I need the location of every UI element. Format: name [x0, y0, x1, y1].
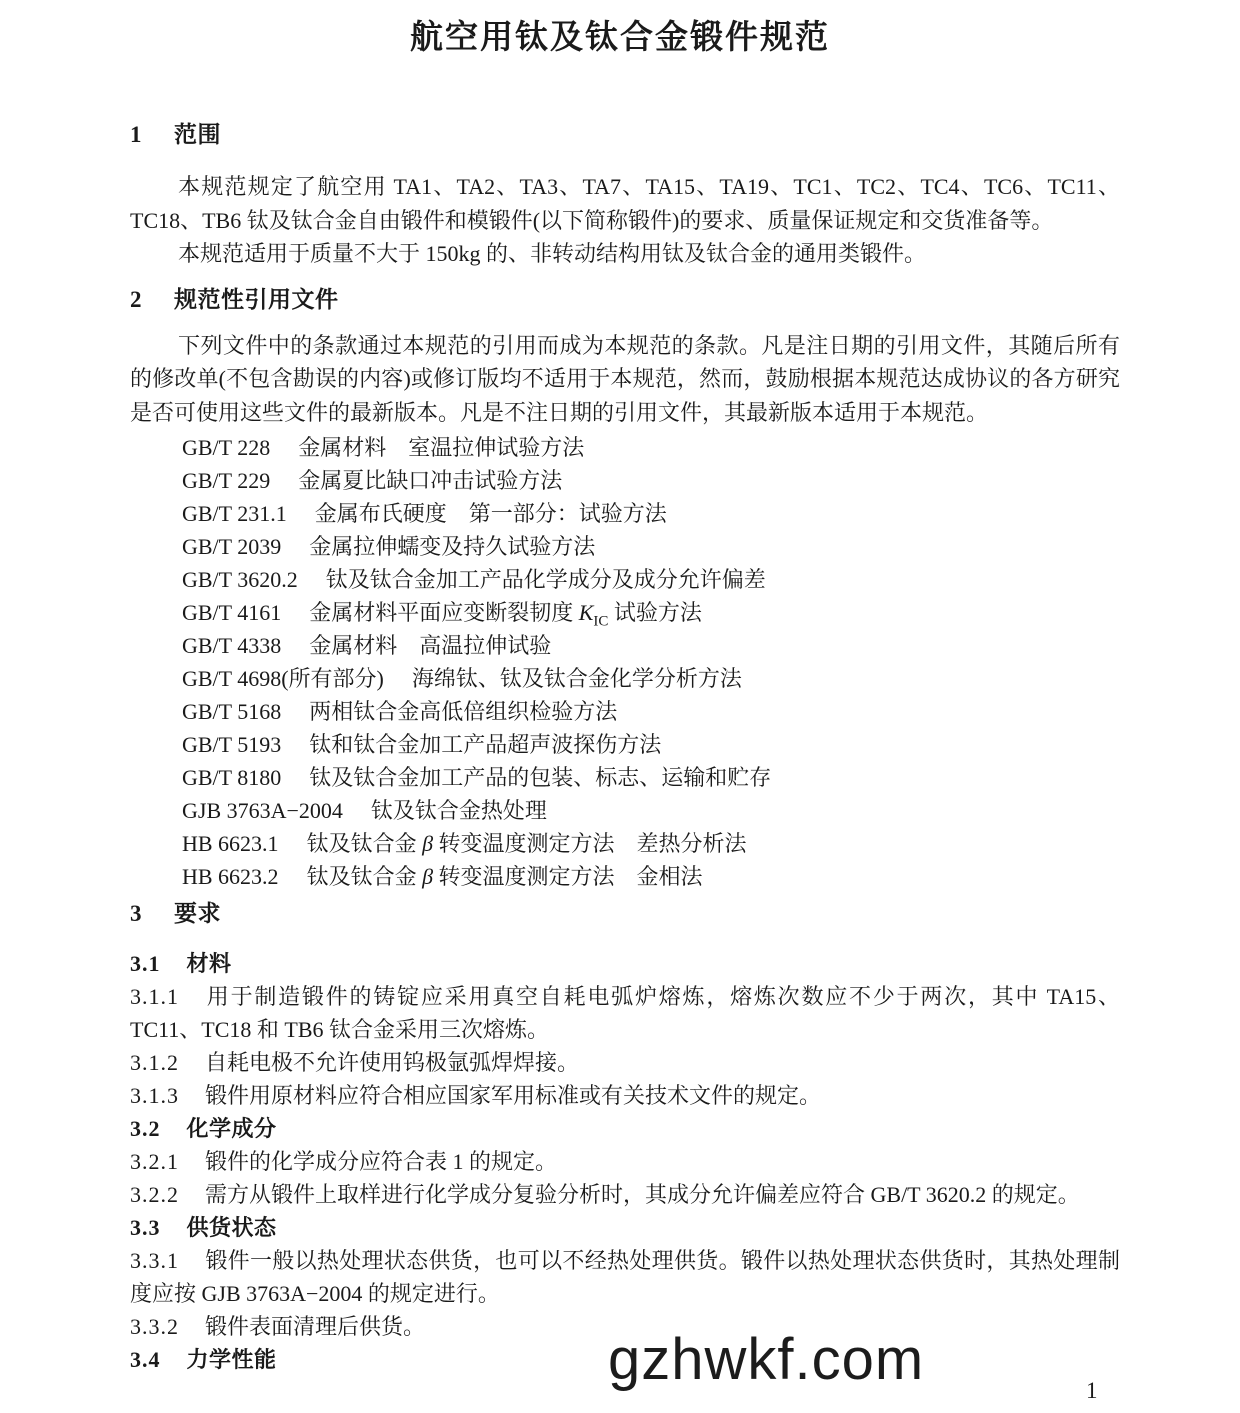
- reference-item: GJB 3763A−2004钛及钛合金热处理: [182, 794, 1120, 827]
- section-1-label: 范围: [174, 122, 221, 147]
- reference-code: GB/T 3620.2: [182, 567, 298, 592]
- clause-number: 3.1: [130, 951, 161, 976]
- reference-item: GB/T 4698(所有部分)海绵钛、钛及钛合金化学分析方法: [182, 662, 1120, 695]
- paragraph: 本规范适用于质量不大于 150kg 的、非转动结构用钛及钛合金的通用类锻件。: [130, 237, 1120, 271]
- page-number: 1: [1086, 1378, 1098, 1404]
- reference-title: 金属材料 室温拉伸试验方法: [298, 435, 584, 460]
- clause-heading: 3.2化学成分: [130, 1112, 1120, 1145]
- clause-text: 材料: [187, 951, 232, 976]
- clause-paragraph: 3.3.1锻件一般以热处理状态供货，也可以不经热处理供货。锻件以热处理状态供货时…: [130, 1244, 1120, 1310]
- section-1-heading: 1范围: [130, 122, 1120, 148]
- reference-code: GB/T 2039: [182, 534, 281, 559]
- reference-item: HB 6623.2钛及钛合金 β 转变温度测定方法 金相法: [182, 860, 1120, 893]
- reference-item: GB/T 229金属夏比缺口冲击试验方法: [182, 464, 1120, 497]
- clause-number: 3.2.2: [130, 1182, 179, 1207]
- reference-item: GB/T 231.1金属布氏硬度 第一部分：试验方法: [182, 497, 1120, 530]
- paragraph: 本规范规定了航空用 TA1、TA2、TA3、TA7、TA15、TA19、TC1、…: [130, 170, 1120, 237]
- reference-item: HB 6623.1钛及钛合金 β 转变温度测定方法 差热分析法: [182, 827, 1120, 860]
- clause-paragraph: 3.2.2需方从锻件上取样进行化学成分复验分析时，其成分允许偏差应符合 GB/T…: [130, 1178, 1120, 1211]
- clause-text: 需方从锻件上取样进行化学成分复验分析时，其成分允许偏差应符合 GB/T 3620…: [205, 1182, 1080, 1207]
- reference-list: GB/T 228金属材料 室温拉伸试验方法GB/T 229金属夏比缺口冲击试验方…: [130, 431, 1120, 893]
- document-title: 航空用钛及钛合金锻件规范: [0, 0, 1240, 60]
- document-page: 航空用钛及钛合金锻件规范 1范围 本规范规定了航空用 TA1、TA2、TA3、T…: [0, 0, 1240, 1413]
- section-2-intro: 下列文件中的条款通过本规范的引用而成为本规范的条款。凡是注日期的引用文件，其随后…: [130, 329, 1120, 430]
- reference-title: 两相钛合金高低倍组织检验方法: [309, 699, 617, 724]
- section-3-heading: 3要求: [130, 901, 1120, 927]
- clause-text: 力学性能: [187, 1347, 277, 1372]
- clause-number: 3.2.1: [130, 1149, 179, 1174]
- clause-number: 3.1.1: [130, 984, 179, 1009]
- reference-item: GB/T 4161金属材料平面应变断裂韧度 KIC 试验方法: [182, 596, 1120, 629]
- section-3-body: 3.1材料3.1.1用于制造锻件的铸锭应采用真空自耗电弧炉熔炼，熔炼次数应不少于…: [130, 947, 1120, 1376]
- reference-code: GB/T 5168: [182, 699, 281, 724]
- reference-title: 钛和钛合金加工产品超声波探伤方法: [309, 732, 661, 757]
- clause-text: 自耗电极不允许使用钨极氩弧焊焊接。: [205, 1050, 579, 1075]
- reference-title: 钛及钛合金热处理: [371, 798, 547, 823]
- clause-text: 供货状态: [187, 1215, 277, 1240]
- clause-number: 3.4: [130, 1347, 161, 1372]
- reference-item: GB/T 8180钛及钛合金加工产品的包装、标志、运输和贮存: [182, 761, 1120, 794]
- reference-code: HB 6623.2: [182, 864, 279, 889]
- clause-number: 3.2: [130, 1116, 161, 1141]
- clause-paragraph: 3.2.1锻件的化学成分应符合表 1 的规定。: [130, 1145, 1120, 1178]
- reference-code: GJB 3763A−2004: [182, 798, 343, 823]
- reference-title: 钛及钛合金加工产品的包装、标志、运输和贮存: [309, 765, 771, 790]
- reference-code: GB/T 228: [182, 435, 270, 460]
- reference-item: GB/T 5168两相钛合金高低倍组织检验方法: [182, 695, 1120, 728]
- reference-item: GB/T 2039金属拉伸蠕变及持久试验方法: [182, 530, 1120, 563]
- reference-title: 金属材料 高温拉伸试验: [309, 633, 551, 658]
- clause-text: 用于制造锻件的铸锭应采用真空自耗电弧炉熔炼，熔炼次数应不少于两次，其中 TA15…: [130, 984, 1120, 1042]
- reference-code: GB/T 231.1: [182, 501, 287, 526]
- reference-code: GB/T 4338: [182, 633, 281, 658]
- clause-heading: 3.1材料: [130, 947, 1120, 980]
- clause-number: 3.3.1: [130, 1248, 179, 1273]
- reference-item: GB/T 5193钛和钛合金加工产品超声波探伤方法: [182, 728, 1120, 761]
- clause-text: 锻件的化学成分应符合表 1 的规定。: [205, 1149, 557, 1174]
- reference-title: 海绵钛、钛及钛合金化学分析方法: [412, 666, 742, 691]
- section-1-body: 本规范规定了航空用 TA1、TA2、TA3、TA7、TA15、TA19、TC1、…: [130, 170, 1120, 271]
- reference-code: GB/T 4161: [182, 600, 281, 625]
- reference-title: 钛及钛合金 β 转变温度测定方法 金相法: [307, 864, 703, 889]
- section-1-number: 1: [130, 122, 142, 147]
- clause-number: 3.3: [130, 1215, 161, 1240]
- reference-item: GB/T 228金属材料 室温拉伸试验方法: [182, 431, 1120, 464]
- reference-title: 钛及钛合金加工产品化学成分及成分允许偏差: [326, 567, 766, 592]
- clause-text: 锻件一般以热处理状态供货，也可以不经热处理供货。锻件以热处理状态供货时，其热处理…: [130, 1248, 1120, 1306]
- section-2-heading: 2规范性引用文件: [130, 287, 1120, 313]
- reference-code: GB/T 5193: [182, 732, 281, 757]
- reference-title: 金属布氏硬度 第一部分：试验方法: [315, 501, 667, 526]
- reference-item: GB/T 4338金属材料 高温拉伸试验: [182, 629, 1120, 662]
- clause-paragraph: 3.1.3锻件用原材料应符合相应国家军用标准或有关技术文件的规定。: [130, 1079, 1120, 1112]
- section-3-label: 要求: [174, 901, 221, 926]
- document-content: 1范围 本规范规定了航空用 TA1、TA2、TA3、TA7、TA15、TA19、…: [0, 122, 1240, 1376]
- reference-title: 金属材料平面应变断裂韧度 KIC 试验方法: [309, 600, 702, 625]
- reference-title: 金属拉伸蠕变及持久试验方法: [309, 534, 595, 559]
- section-2-number: 2: [130, 287, 142, 312]
- reference-code: GB/T 8180: [182, 765, 281, 790]
- clause-number: 3.1.3: [130, 1083, 179, 1108]
- reference-code: GB/T 229: [182, 468, 270, 493]
- section-3-number: 3: [130, 901, 142, 926]
- clause-number: 3.3.2: [130, 1314, 179, 1339]
- clause-paragraph: 3.1.1用于制造锻件的铸锭应采用真空自耗电弧炉熔炼，熔炼次数应不少于两次，其中…: [130, 980, 1120, 1046]
- reference-code: GB/T 4698(所有部分): [182, 666, 384, 691]
- clause-number: 3.1.2: [130, 1050, 179, 1075]
- watermark-text: gzhwkf.com: [608, 1326, 924, 1393]
- reference-item: GB/T 3620.2钛及钛合金加工产品化学成分及成分允许偏差: [182, 563, 1120, 596]
- clause-text: 化学成分: [187, 1116, 277, 1141]
- reference-title: 钛及钛合金 β 转变温度测定方法 差热分析法: [307, 831, 747, 856]
- clause-text: 锻件用原材料应符合相应国家军用标准或有关技术文件的规定。: [205, 1083, 821, 1108]
- clause-heading: 3.3供货状态: [130, 1211, 1120, 1244]
- clause-text: 锻件表面清理后供货。: [205, 1314, 425, 1339]
- clause-paragraph: 3.1.2自耗电极不允许使用钨极氩弧焊焊接。: [130, 1046, 1120, 1079]
- reference-title: 金属夏比缺口冲击试验方法: [298, 468, 562, 493]
- section-2-label: 规范性引用文件: [174, 287, 339, 312]
- reference-code: HB 6623.1: [182, 831, 279, 856]
